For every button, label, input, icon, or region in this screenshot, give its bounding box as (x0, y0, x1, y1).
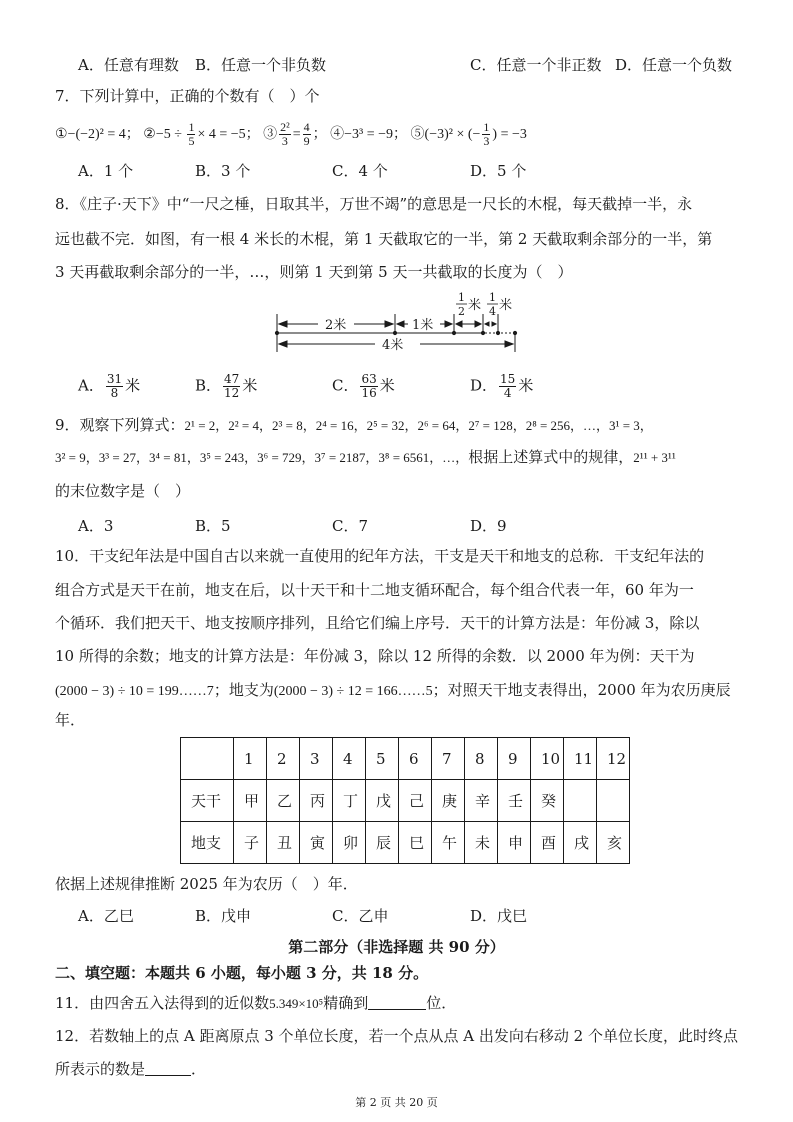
q12-line-2: 所表示的数是． (55, 1058, 206, 1080)
q7-item-1: ①−(−2)² = 4； (55, 127, 140, 142)
table-cell: 亥 (597, 822, 630, 864)
label-4m: 4米 (382, 337, 403, 353)
table-cell: 戊 (366, 780, 399, 822)
q9-option-d: D．9 (470, 515, 507, 537)
table-cell: 乙 (267, 780, 300, 822)
q9-line-3: 的末位数字是（ ） (55, 480, 190, 502)
q6-option-d: D．任意一个负数 (615, 54, 732, 76)
q10-option-c: C．乙申 (332, 905, 388, 927)
q9-option-c: C．7 (332, 515, 368, 537)
table-cell: 未 (465, 822, 498, 864)
table-cell: 己 (399, 780, 432, 822)
q6-option-c: C．任意一个非正数 (470, 54, 601, 76)
table-cell: 壬 (498, 780, 531, 822)
q7-option-c: C．4 个 (332, 160, 388, 182)
section-fill-blank: 二、填空题：本题共 6 小题，每小题 3 分，共 18 分。 (55, 962, 428, 984)
quarter-num: 1 (489, 291, 496, 304)
half-den: 2 (458, 305, 465, 318)
table-cell (181, 738, 234, 780)
q12-answer-blank[interactable] (145, 1061, 191, 1076)
table-row-dizhi: 地支 子 丑 寅 卯 辰 巳 午 未 申 酉 戌 亥 (181, 822, 630, 864)
table-header-row: 1 2 3 4 5 6 7 8 9 10 11 12 (181, 738, 630, 780)
q10-line-2: 组合方式是天干在前，地支在后，以十天干和十二地支循环配合，每个组合代表一年，60… (55, 579, 694, 601)
table-cell: 6 (399, 738, 432, 780)
q10-option-a: A．乙巳 (78, 905, 134, 927)
q7-item-2: ②−5 ÷ 15× 4 = −5； (143, 127, 259, 142)
quarter-den: 4 (489, 305, 496, 318)
table-cell: 申 (498, 822, 531, 864)
q8-option-b: B．4712米 (195, 373, 257, 400)
table-cell: 3 (300, 738, 333, 780)
q8-line-1: 8．《庄子·天下》中“一尺之棰，日取其半，万世不竭”的意思是一尺长的木棍，每天截… (55, 193, 692, 215)
q9-line-1: 9．观察下列算式：2¹ = 2，2² = 4，2³ = 8，2⁴ = 16，2⁵… (55, 414, 653, 437)
table-cell: 丑 (267, 822, 300, 864)
table-cell: 辰 (366, 822, 399, 864)
q10-option-d: D．戊巳 (470, 905, 527, 927)
q12-line-1: 12．若数轴上的点 A 距离原点 3 个单位长度，若一个点从点 A 出发向右移动… (55, 1025, 738, 1047)
table-cell: 9 (498, 738, 531, 780)
table-cell: 10 (531, 738, 564, 780)
q7-option-d: D．5 个 (470, 160, 526, 182)
q10-line-5: (2000 − 3) ÷ 10 = 199……7；地支为(2000 − 3) ÷… (55, 679, 731, 703)
q7-option-b: B．3 个 (195, 160, 250, 182)
table-cell: 地支 (181, 822, 234, 864)
table-cell: 甲 (234, 780, 267, 822)
table-cell: 午 (432, 822, 465, 864)
label-1m: 1米 (412, 317, 433, 333)
table-cell: 癸 (531, 780, 564, 822)
q9-option-a: A．3 (78, 515, 113, 537)
table-cell: 寅 (300, 822, 333, 864)
table-row-tiangan: 天干 甲 乙 丙 丁 戊 己 庚 辛 壬 癸 (181, 780, 630, 822)
q6-option-a: A．任意有理数 (78, 54, 179, 76)
table-cell: 丙 (300, 780, 333, 822)
q10-line-1: 10．干支纪年法是中国自古以来就一直使用的纪年方法，干支是天干和地支的总称．干支… (55, 545, 704, 567)
stick-diagram: 2米 1米 4米 1 2 米 1 4 米 (270, 290, 530, 360)
q11: 11．由四舍五入法得到的近似数5.349×10⁵精确到位． (55, 992, 456, 1015)
table-cell: 7 (432, 738, 465, 780)
table-cell: 1 (234, 738, 267, 780)
table-cell: 子 (234, 822, 267, 864)
q7-option-a: A．1 个 (78, 160, 133, 182)
table-cell: 巳 (399, 822, 432, 864)
table-cell: 12 (597, 738, 630, 780)
label-2m: 2米 (325, 317, 346, 333)
q9-option-b: B．5 (195, 515, 231, 537)
q8-line-2: 远也截不完．如图，有一根 4 米长的木棍，第 1 天截取它的一半，第 2 天截取… (55, 228, 712, 250)
q7-item-3: ③2²3=49； (263, 127, 327, 142)
q7-expressions: ①−(−2)² = 4； ②−5 ÷ 15× 4 = −5； ③2²3=49； … (55, 120, 527, 150)
q8-line-3: 3 天再截取剩余部分的一半，…，则第 1 天到第 5 天一共截取的长度为（ ） (55, 261, 572, 283)
q11-answer-blank[interactable] (368, 995, 426, 1010)
table-cell: 酉 (531, 822, 564, 864)
q10-option-b: B．戊申 (195, 905, 251, 927)
table-cell: 戌 (564, 822, 597, 864)
table-cell: 4 (333, 738, 366, 780)
q7-item-4: ④−3³ = −9； (330, 127, 407, 142)
table-cell: 丁 (333, 780, 366, 822)
table-cell: 庚 (432, 780, 465, 822)
ganzhi-table: 1 2 3 4 5 6 7 8 9 10 11 12 天干 甲 乙 丙 丁 戊 … (180, 737, 630, 864)
q8-option-a: A．318米 (78, 373, 140, 400)
q9-line-2: 3² = 9，3³ = 27，3⁴ = 81，3⁵ = 243，3⁶ = 729… (55, 446, 676, 469)
q10-line-6: 年． (55, 709, 85, 731)
table-cell: 11 (564, 738, 597, 780)
q7-stem: 7．下列计算中，正确的个数有（ ）个 (55, 85, 320, 107)
table-cell: 辛 (465, 780, 498, 822)
part2-title: 第二部分（非选择题 共 90 分） (0, 936, 793, 958)
table-cell: 卯 (333, 822, 366, 864)
table-cell: 天干 (181, 780, 234, 822)
quarter-unit: 米 (499, 297, 512, 313)
q8-option-d: D．154米 (470, 373, 533, 400)
q6-option-b: B．任意一个非负数 (195, 54, 326, 76)
half-unit: 米 (468, 297, 481, 313)
q10-question: 依据上述规律推断 2025 年为农历（ ）年． (55, 873, 358, 895)
half-num: 1 (458, 291, 465, 304)
q10-line-3: 个循环．我们把天干、地支按顺序排列，且给它们编上序号．天干的计算方法是：年份减 … (55, 612, 699, 634)
table-cell: 2 (267, 738, 300, 780)
q8-option-c: C．6316米 (332, 373, 395, 400)
table-cell (597, 780, 630, 822)
table-cell: 5 (366, 738, 399, 780)
table-cell (564, 780, 597, 822)
q7-item-5: ⑤(−3)² × (−13) = −3 (411, 127, 527, 142)
page-number: 第 2 页 共 20 页 (0, 1094, 793, 1110)
table-cell: 8 (465, 738, 498, 780)
q10-line-4: 10 所得的余数；地支的计算方法是：年份减 3，除以 12 所得的余数．以 20… (55, 645, 695, 667)
